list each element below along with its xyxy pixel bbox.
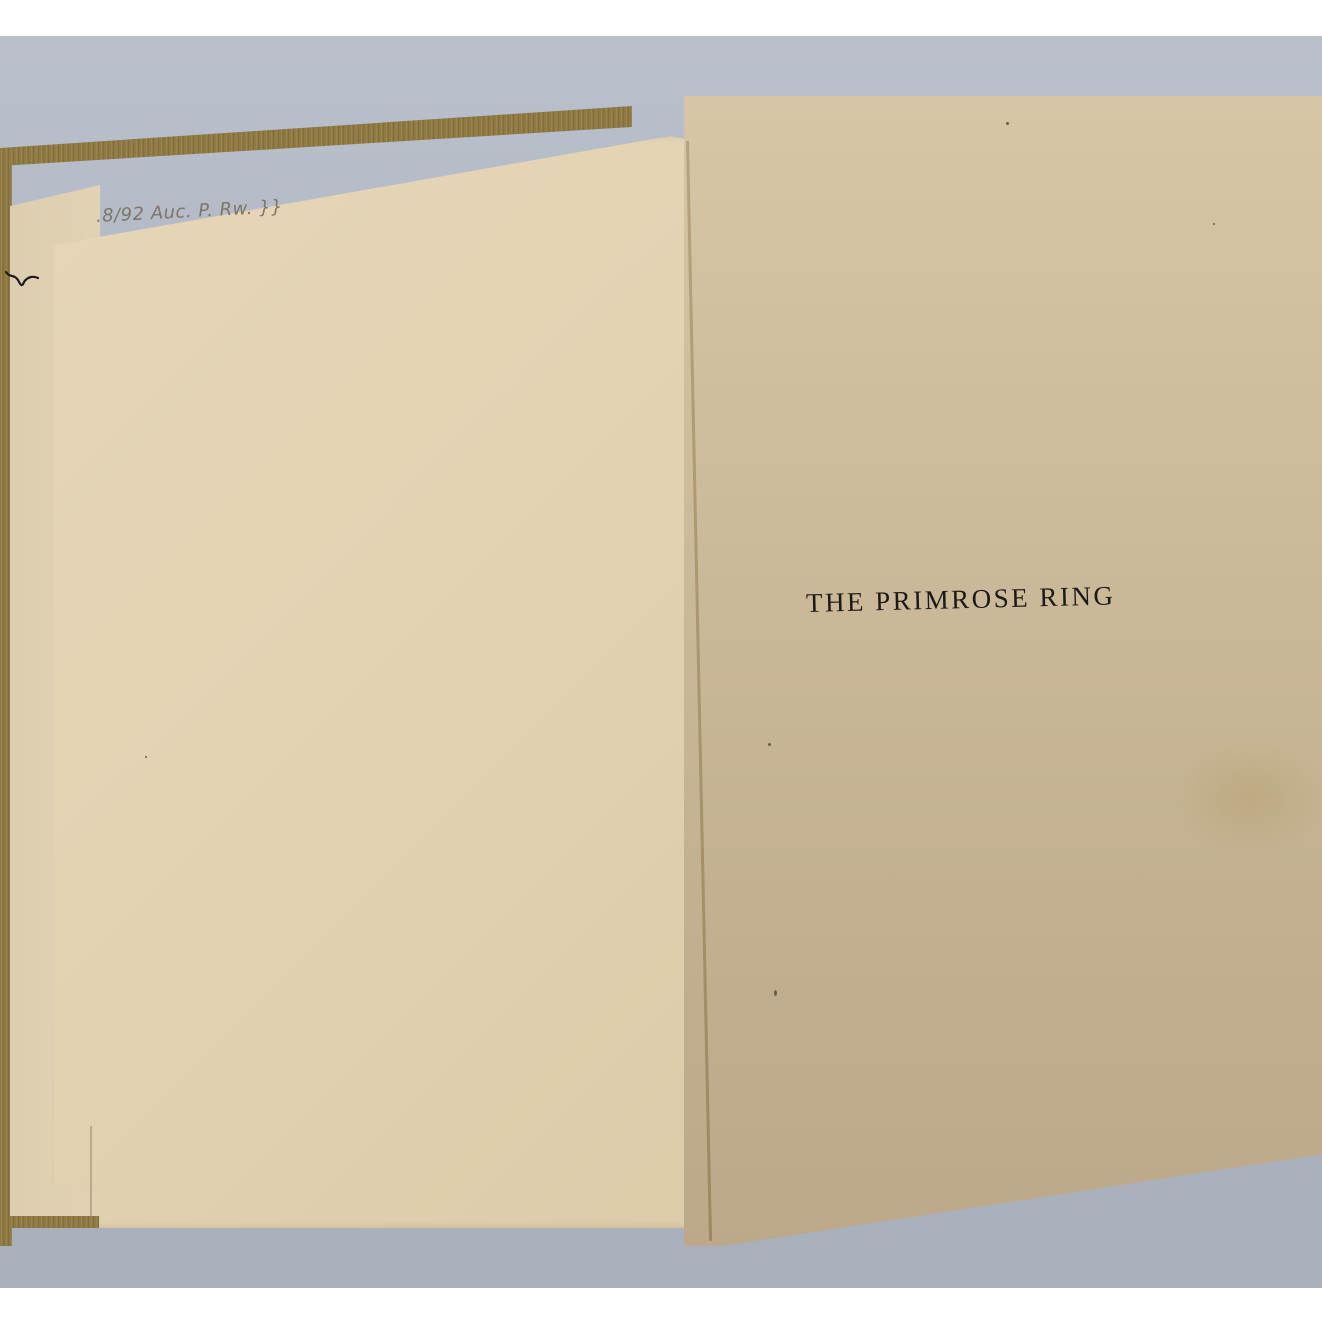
paper-speck xyxy=(768,743,771,746)
paper-speck xyxy=(145,756,147,758)
paper-speck xyxy=(1006,122,1009,125)
flyleaf-fold xyxy=(90,1126,92,1226)
paper-speck xyxy=(1213,223,1215,225)
cloth-cover-top-edge xyxy=(0,106,632,166)
paper-speck xyxy=(774,990,777,996)
flyleaf-page xyxy=(52,136,724,1228)
book-photo: .8/92 Auc. P. Rw. }} THE PRIMROSE RING xyxy=(0,36,1322,1288)
title-page xyxy=(684,96,1322,1246)
ink-flourish-icon xyxy=(4,268,40,292)
foxing-stain xyxy=(1170,736,1322,856)
